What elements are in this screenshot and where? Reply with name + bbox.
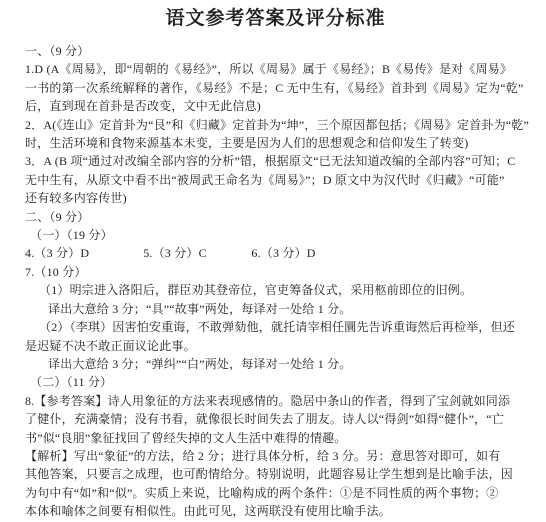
q8-analysis-line-3: 为句中有“如”和“似”。实质上来说，比喻构成的两个条件：①是不同性质的两个事物；…: [25, 484, 536, 502]
subsection-1-heading: （一）（19 分）: [25, 226, 536, 244]
q2-answer-line-1: 2．A(《连山》定首卦为“艮”和《归藏》定首卦为“坤”，三个原因都包括；《周易》…: [25, 116, 536, 134]
q8-reference-answer-line-1: 8.【参考答案】诗人用象征的方法来表现感情的。隐居中条山的作者，得到了宝剑就如同…: [25, 392, 536, 410]
q8-reference-answer-line-2: 了健仆，充满豪情；没有书看，就像很长时间失去了朋友。诗人以“得剑”如得“健仆”，…: [25, 410, 536, 428]
q4-answer: 4.（3 分）D: [25, 244, 140, 262]
subsection-2-heading: （二）（11 分）: [25, 373, 536, 391]
q6-answer: 6.（3 分）D: [251, 246, 315, 260]
answer-key-page: 语文参考答案及评分标准 一、（9 分） 1.D (A《周易》，即“周朝的《易经》…: [0, 0, 546, 522]
q7-heading: 7.（10 分）: [25, 263, 536, 281]
q1-answer-line-1: 1.D (A《周易》，即“周朝的《易经》”，所以《周易》属于《易经》；B《易传》…: [25, 60, 536, 78]
section-1-heading: 一、（9 分）: [25, 42, 536, 60]
q5-answer: 5.（3 分）C: [143, 244, 248, 262]
q8-analysis-line-4: 本体和喻体之间要有相似性。由此可见，这两联没有使用比喻手法。: [25, 502, 536, 520]
q7-scoring-2: 译出大意给 3 分；“弹纠”“白”两处，每译对一处给 1 分。: [25, 355, 536, 373]
q8-analysis-line-2: 其他答案，只要言之成理，也可酌情给分。特别说明，此题容易让学生想到是比喻手法，因: [25, 465, 536, 483]
q1-answer-line-2: 一书的第一次系统解释的著作，《易经》不是；C 无中生有，《易经》首卦到《周易》定…: [25, 79, 536, 97]
answers-row-q4-q6: 4.（3 分）D 5.（3 分）C 6.（3 分）D: [25, 244, 536, 262]
q8-reference-answer-line-3: 书”似“良朋”象征找回了曾经失掉的文人生活中难得的情趣。: [25, 429, 536, 447]
q2-answer-line-2: 时，生活环境和食物来源基本未变，主要是因为人们的思想观念和信仰发生了转变): [25, 134, 536, 152]
q7-translation-2-line-2: 是迟疑不决不敢正面议论此事。: [25, 337, 536, 355]
q3-answer-line-2: 无中生有，从原文中看不出“被周武王命名为《周易》”；D 原文中为汉代时《归藏》“…: [25, 171, 536, 189]
q7-translation-2-line-1: （2）（李琪）因害怕安重诲，不敢弹劾他，就托请宰相任圜先告诉重诲然后再检举，但还: [25, 318, 536, 336]
q1-answer-line-3: 后，直到现在首卦是否改变，文中无此信息): [25, 97, 536, 115]
q7-translation-1: （1）明宗进入洛阳后，群臣劝其登帝位，官吏筹备仪式，采用柩前即位的旧例。: [25, 281, 536, 299]
q7-scoring-1: 译出大意给 3 分；“具”“故事”两处，每译对一处给 1 分。: [25, 300, 536, 318]
page-title: 语文参考答案及评分标准: [25, 6, 526, 32]
q3-answer-line-3: 还有较多内容传世): [25, 189, 536, 207]
section-2-heading: 二、（9 分）: [25, 208, 536, 226]
q8-analysis-line-1: 【解析】写出“象征”的方法，给 2 分；进行具体分析，给 3 分。另：意思答对即…: [25, 447, 536, 465]
q3-answer-line-1: 3．A (B 项“通过对改编全部内容的分析”错，根据原文“已无法知道改编的全部内…: [25, 152, 536, 170]
